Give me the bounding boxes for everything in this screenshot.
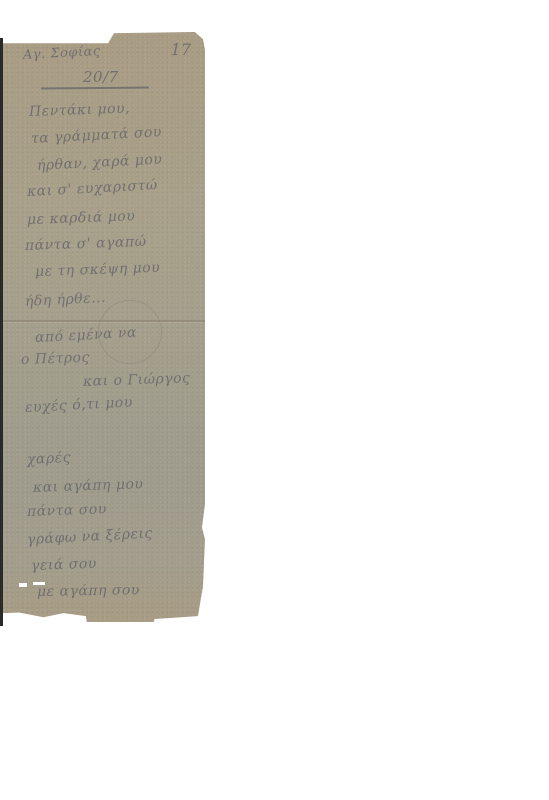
letter-line: και αγάπη μου <box>33 476 144 496</box>
letter-line: πάντα σου <box>27 501 107 520</box>
letter-line: Πεντάκι μου, <box>29 100 131 120</box>
letter-line: ήδη ήρθε... <box>25 290 107 310</box>
paper-hole <box>19 583 27 587</box>
letter-line: ευχές ό,τι μου <box>25 394 134 416</box>
letter-line: και ο Γιώργος <box>83 370 191 390</box>
letter-line: ο Πέτρος <box>21 350 90 368</box>
letter-line: πάντα σ' αγαπώ <box>25 234 147 254</box>
letter-line: τα γράμματά σου <box>31 124 163 147</box>
header-place: Αγ. Σοφίας <box>23 44 101 63</box>
letter-line: γειά σου <box>31 556 97 574</box>
page-number: 17 <box>171 40 191 59</box>
letter-line: με καρδιά μου <box>27 208 136 228</box>
letter-line: γράφω να ξέρεις <box>27 525 154 548</box>
letter-line: με αγάπη σου <box>37 582 140 600</box>
header-underline <box>41 87 149 89</box>
header-date: 20/7 <box>83 68 119 86</box>
letter-line: και σ' ευχαριστώ <box>27 177 158 200</box>
letter-line: χαρές <box>27 450 72 468</box>
paper-hole <box>33 582 45 585</box>
letter-line: με τη σκέψη μου <box>35 260 161 280</box>
letter-line: ήρθαν, χαρά μου <box>37 151 163 174</box>
scan-edge-strip <box>0 38 3 626</box>
letter-page: 17 Αγ. Σοφίας 20/7 Πεντάκι μου, τα γράμμ… <box>3 32 205 622</box>
